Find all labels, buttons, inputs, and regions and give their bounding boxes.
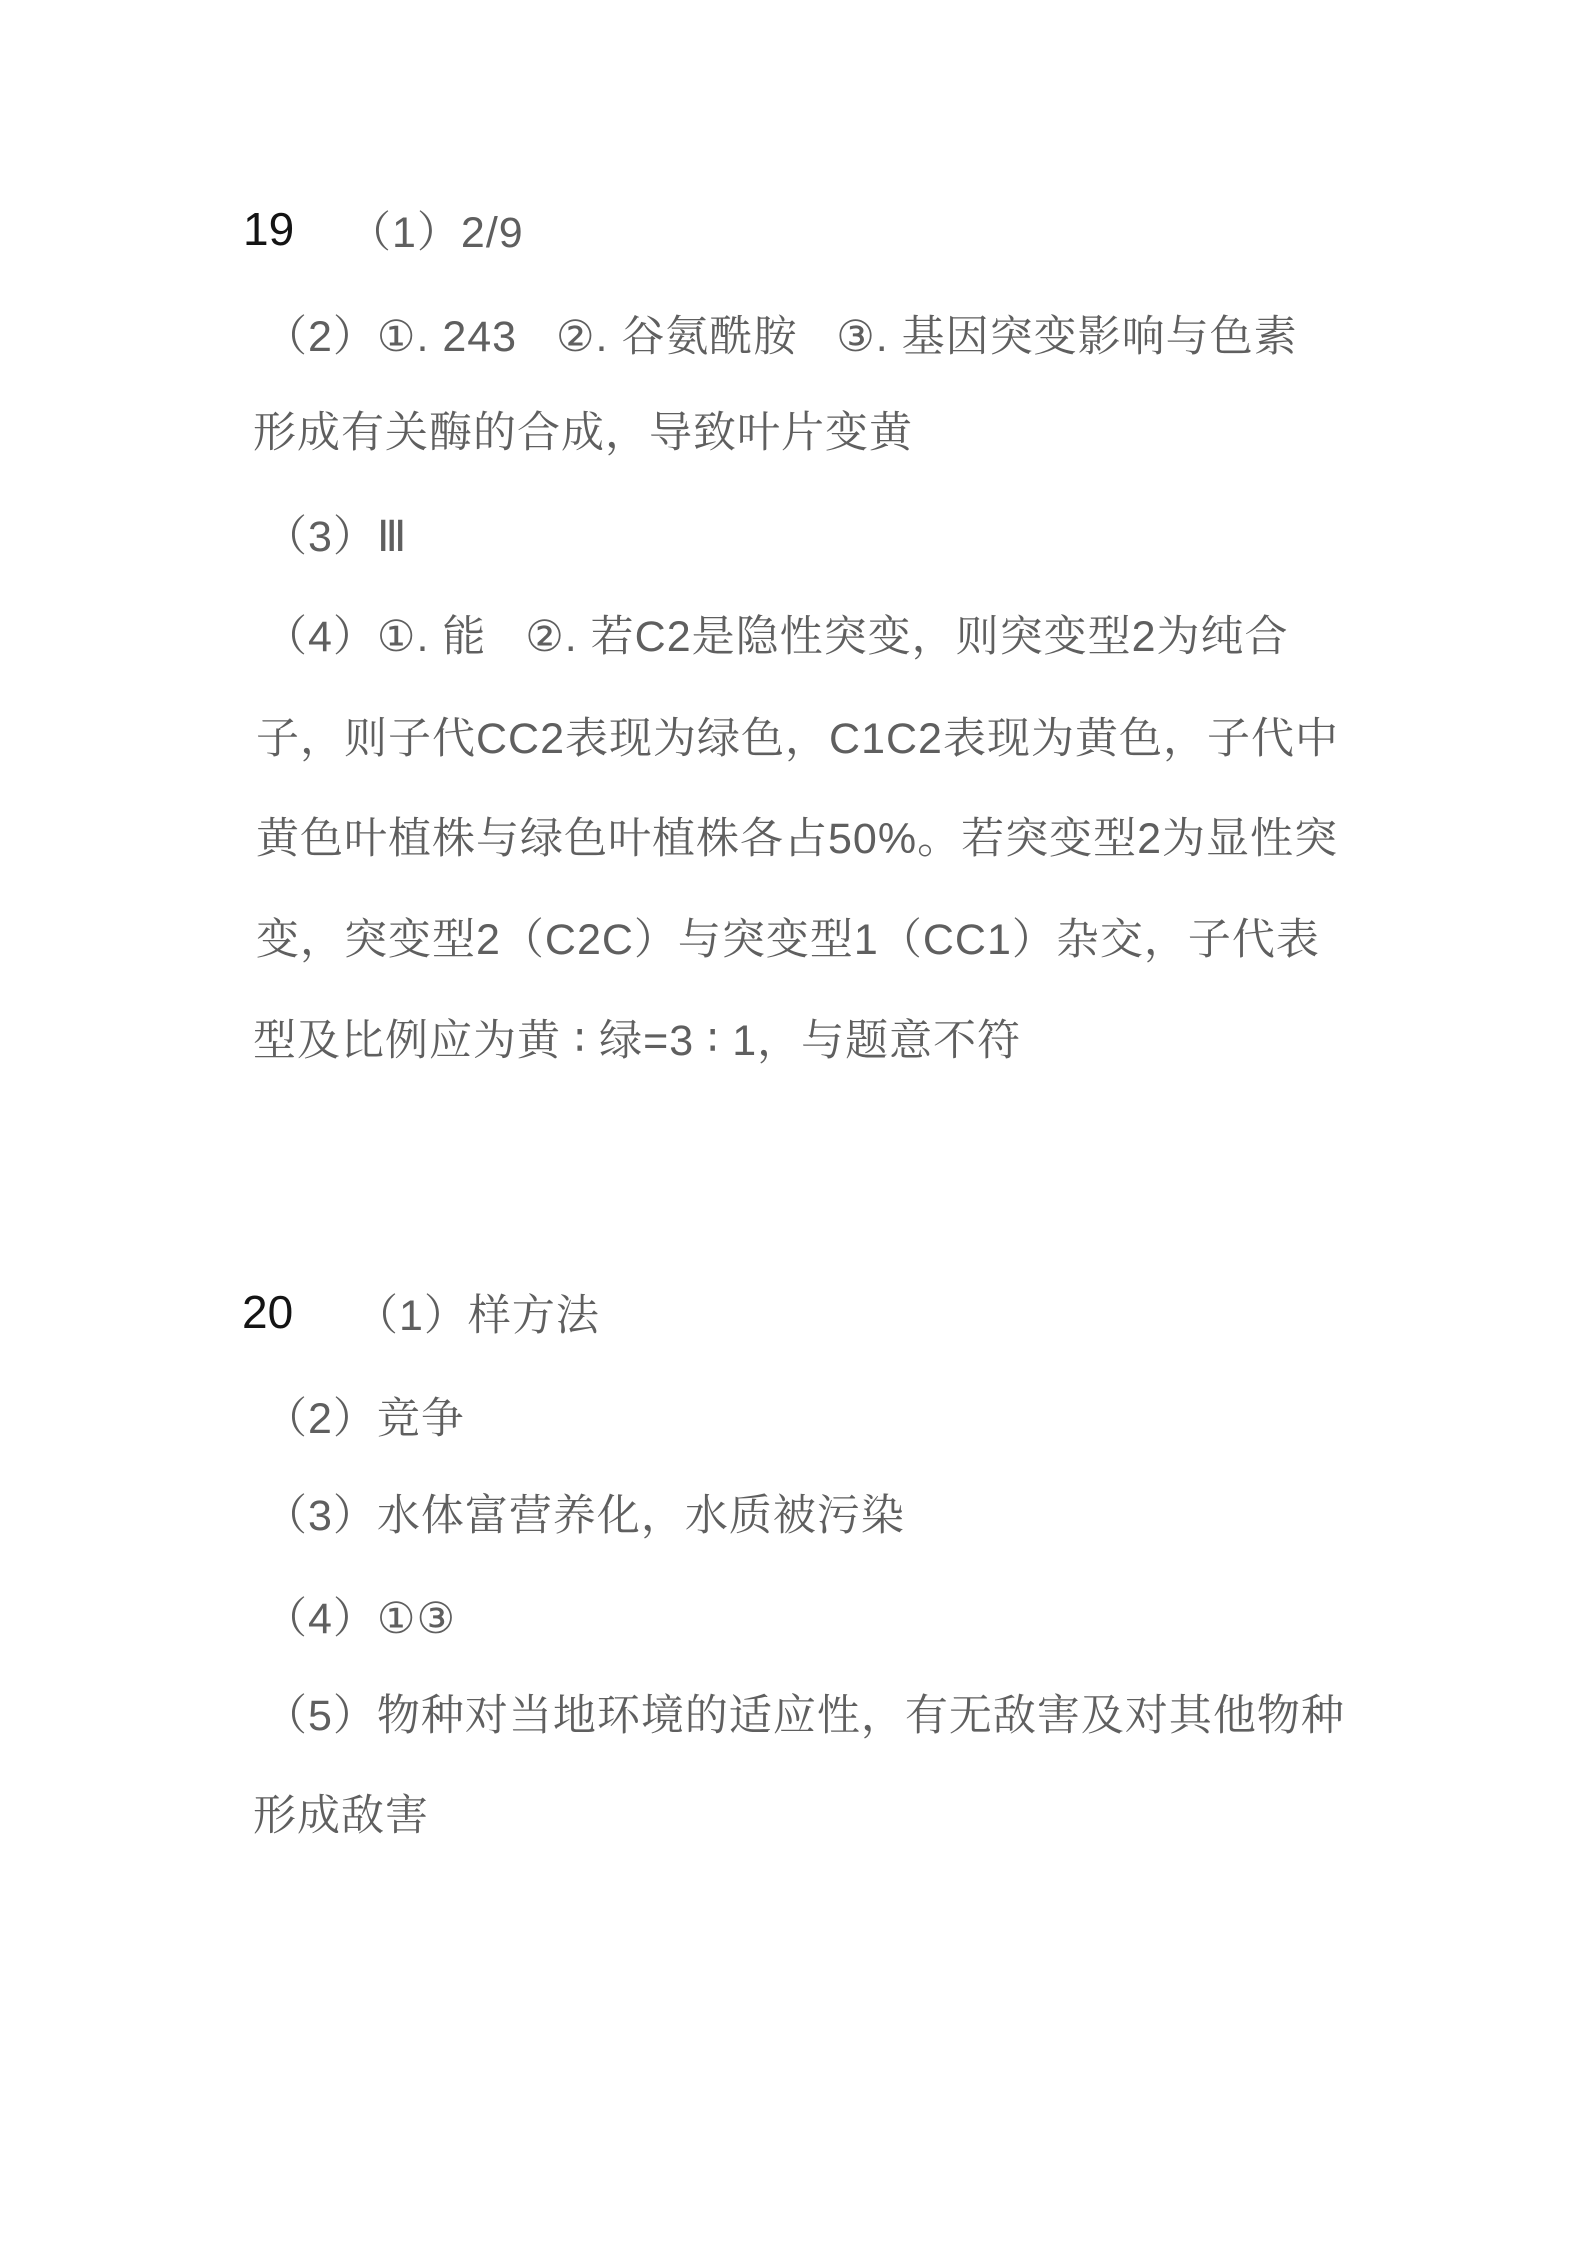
answer-line: （4）①. 能 ②. 若C2是隐性突变，则突变型2为纯合 <box>264 614 1289 660</box>
document-page: { "page": { "background": "#ffffff", "an… <box>0 0 1587 2245</box>
answer-line: （5）物种对当地环境的适应性，有无敌害及对其他物种 <box>264 1693 1345 1739</box>
answer-line: （1）样方法 <box>355 1293 600 1339</box>
answer-line: （2）竞争 <box>264 1396 465 1442</box>
answer-line: 变，突变型2（C2C）与突变型1（CC1）杂交，子代表 <box>256 917 1320 963</box>
answer-line: 形成有关酶的合成，导致叶片变黄 <box>253 410 913 456</box>
answer-line: 子，则子代CC2表现为绿色，C1C2表现为黄色，子代中 <box>256 716 1339 762</box>
question-number: 19 <box>243 206 294 252</box>
answer-line: 型及比例应为黄 ∶ 绿=3 ∶ 1，与题意不符 <box>253 1018 1021 1064</box>
answer-line: （3）水体富营养化，水质被污染 <box>264 1493 905 1539</box>
answer-line: 形成敌害 <box>253 1793 429 1839</box>
answer-line: （2）①. 243 ②. 谷氨酰胺 ③. 基因突变影响与色素 <box>264 314 1298 360</box>
answer-line: （1）2/9 <box>348 210 524 256</box>
answer-line: 黄色叶植株与绿色叶植株各占50%。若突变型2为显性突 <box>256 816 1338 862</box>
answer-line: （4）①③ <box>264 1596 456 1642</box>
answer-line: （3）Ⅲ <box>264 514 408 560</box>
question-number: 20 <box>242 1289 293 1335</box>
